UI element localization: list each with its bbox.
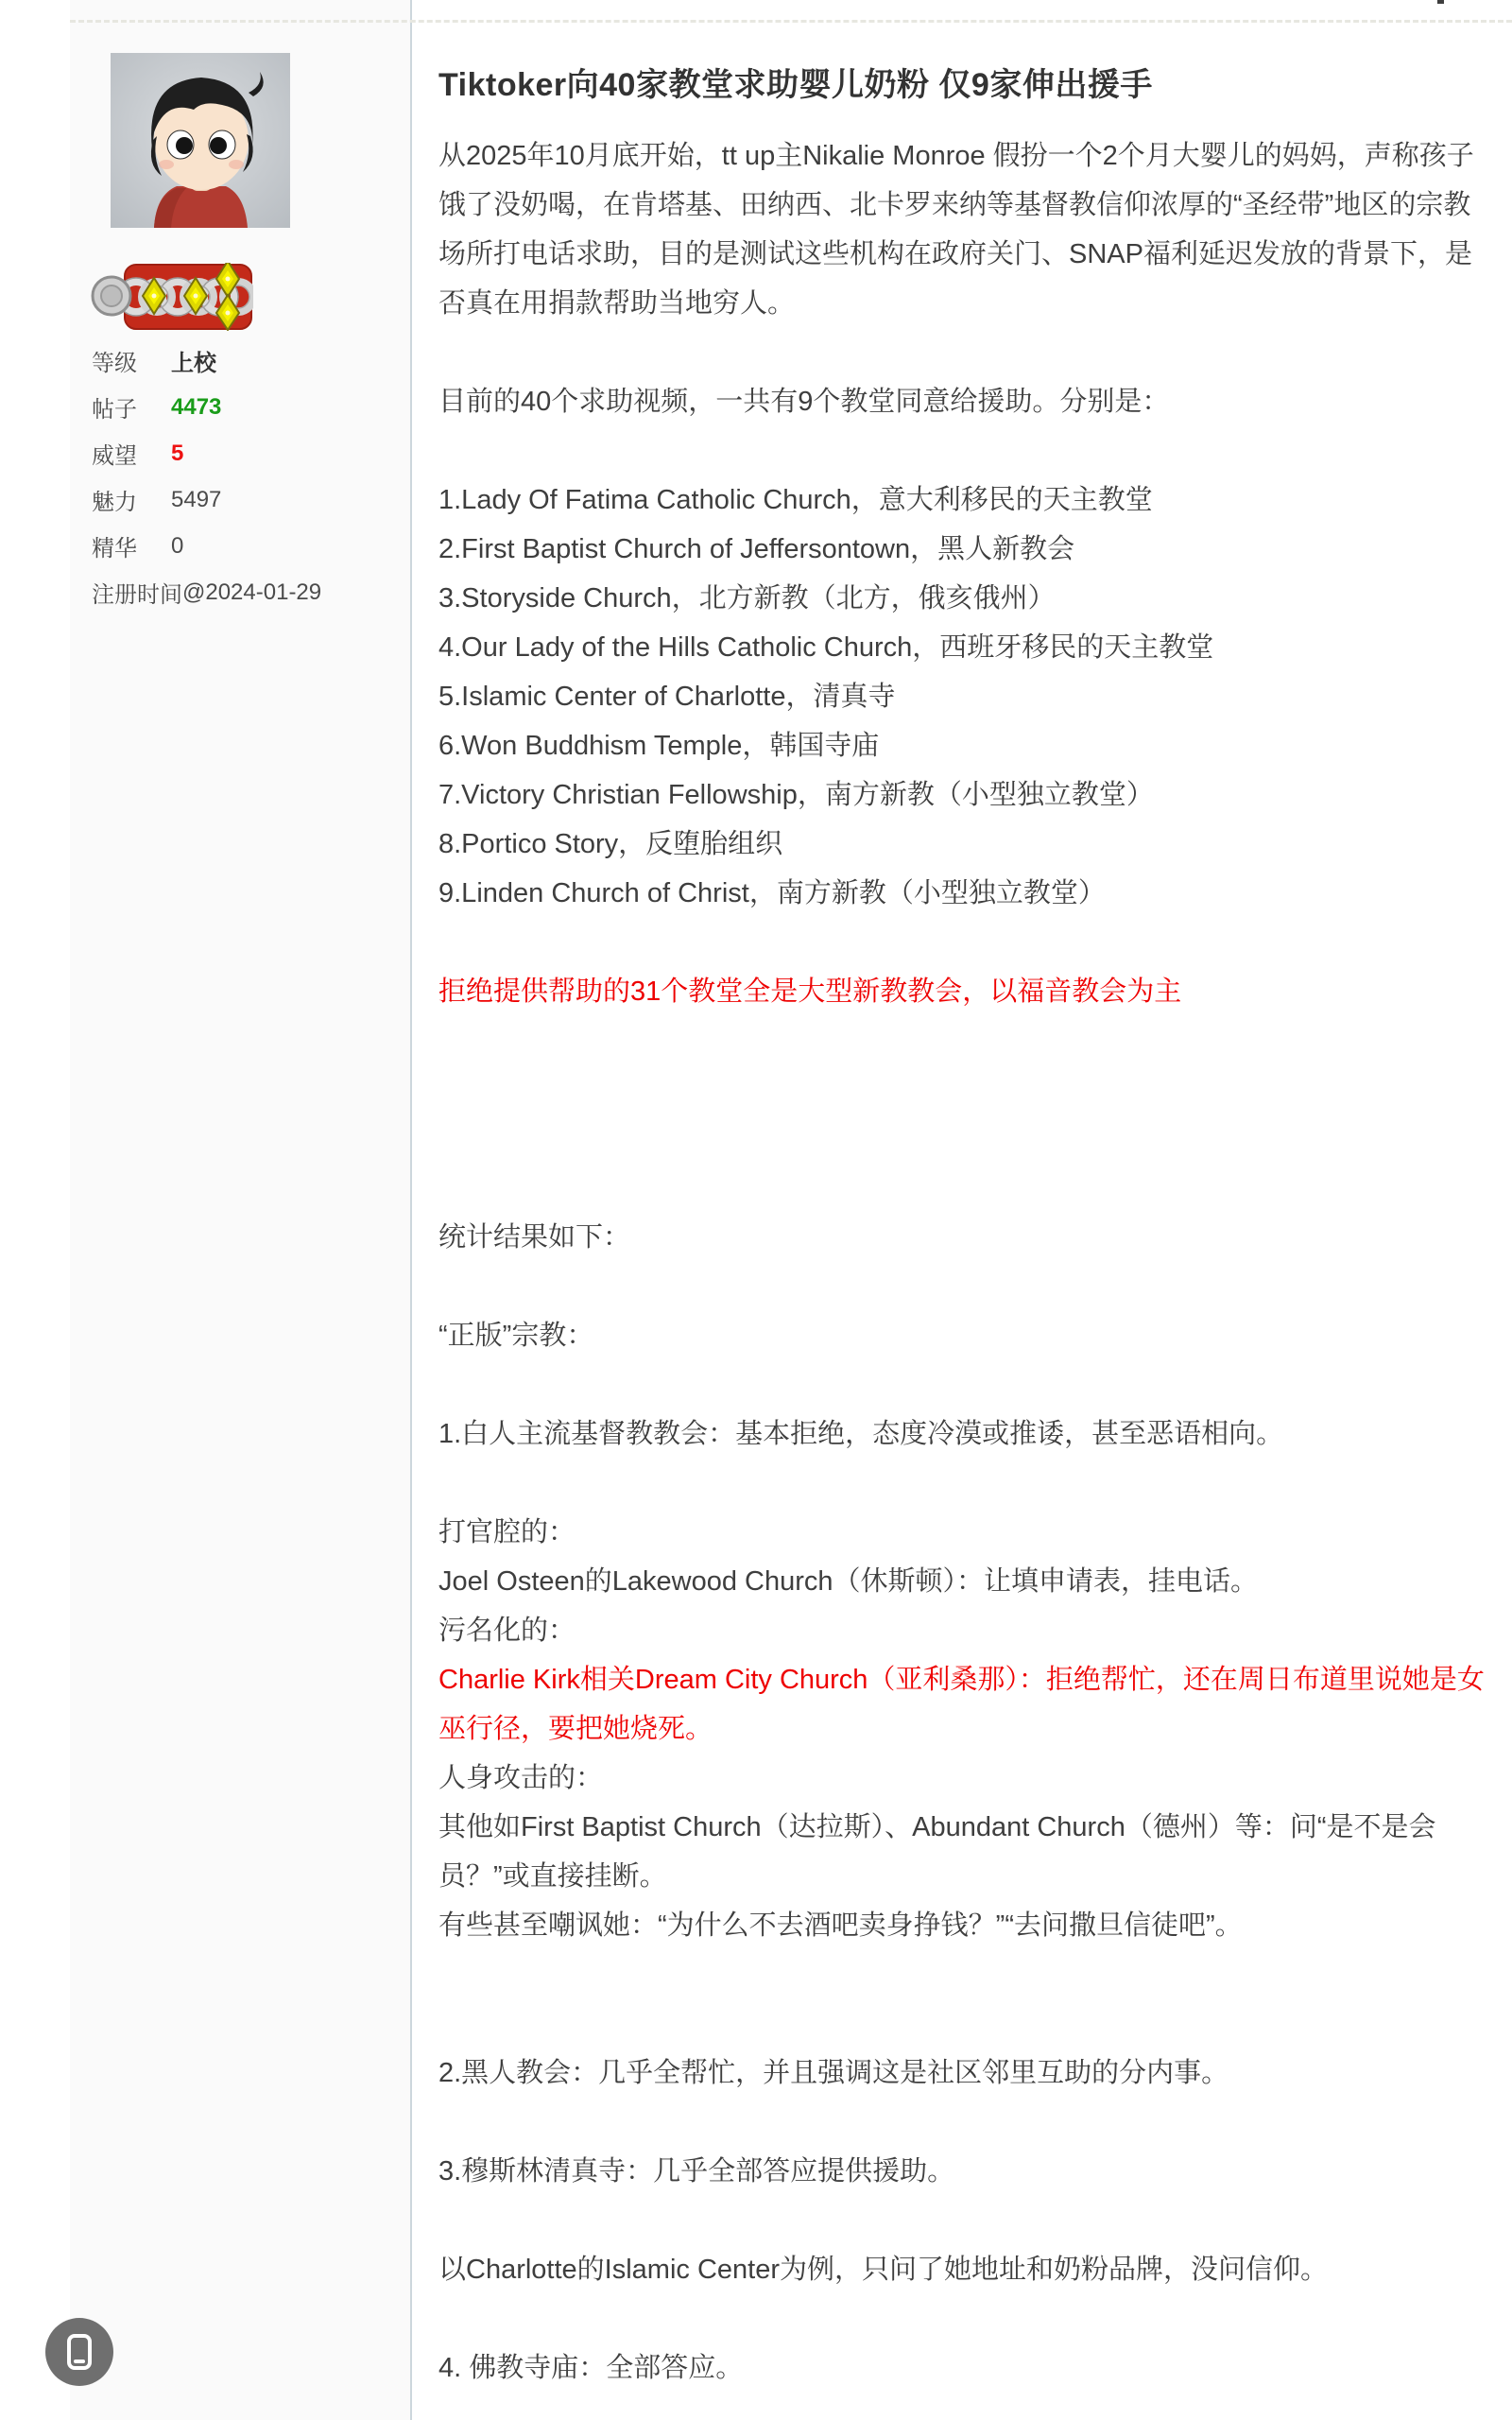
mobile-view-toggle-button[interactable]: [45, 2318, 113, 2386]
post-blank-line: [438, 1459, 1493, 1508]
stat-row: 帖子4473: [92, 384, 407, 430]
stat-value: @2024-01-29: [182, 579, 321, 606]
post-line: Joel Osteen的Lakewood Church（休斯顿）：让填申请表，挂…: [438, 1557, 1493, 1606]
post-blank-line: [438, 328, 1493, 377]
stat-label: 注册时间: [92, 576, 182, 609]
post-line-red: Charlie Kirk相关Dream City Church（亚利桑那）：拒绝…: [438, 1655, 1493, 1704]
stat-row: 等级上校: [92, 337, 407, 384]
post-line: 2.黑人教会：几乎全帮忙，并且强调这是社区邻里互助的分内事。: [438, 2048, 1493, 2098]
post-line: 5.Islamic Center of Charlotte，清真寺: [438, 672, 1493, 721]
post-line: 打官腔的：: [438, 1508, 1493, 1557]
post-line: 以Charlotte的Islamic Center为例，只问了她地址和奶粉品牌，…: [438, 2245, 1493, 2294]
stat-value: 5497: [171, 487, 221, 513]
stat-value: 0: [171, 533, 183, 560]
post-line-red: 拒绝提供帮助的31个教堂全是大型新教教会，以福音教会为主: [438, 967, 1493, 1016]
post-blank-line: [438, 1115, 1493, 1164]
post-line: 其他如First Baptist Church（达拉斯）、Abundant Ch…: [438, 1803, 1493, 1852]
stat-value: 上校: [171, 344, 216, 377]
post-blank-line: [438, 426, 1493, 475]
stat-value: 5: [171, 441, 183, 467]
post-blank-line: [438, 1016, 1493, 1065]
post-line: 否真在用捐款帮助当地穷人。: [438, 279, 1493, 328]
post-blank-line: [438, 918, 1493, 967]
post-line: 人身攻击的：: [438, 1754, 1493, 1803]
post-line: 统计结果如下：: [438, 1213, 1493, 1262]
post-blank-line: [438, 1164, 1493, 1213]
post-line: 3.穆斯林清真寺：几乎全部答应提供援助。: [438, 2147, 1493, 2196]
post-line: 7.Victory Christian Fellowship，南方新教（小型独立…: [438, 770, 1493, 820]
post-line: 4.Our Lady of the Hills Catholic Church，…: [438, 623, 1493, 672]
post-line: 场所打电话求助，目的是测试这些机构在政府关门、SNAP福利延迟发放的背景下，是: [438, 230, 1493, 279]
post-line: 8.Portico Story，反堕胎组织: [438, 820, 1493, 869]
stat-label: 威望: [92, 437, 171, 470]
post-line: 饿了没奶喝，在肯塔基、田纳西、北卡罗来纳等基督教信仰浓厚的“圣经带”地区的宗教: [438, 181, 1493, 230]
post-blank-line: [438, 1262, 1493, 1311]
post-title: Tiktoker向40家教堂求助婴儿奶粉 仅9家伸出援手: [438, 59, 1153, 105]
rank-badge: [91, 263, 253, 331]
post-content-column: Tiktoker向40家教堂求助婴儿奶粉 仅9家伸出援手 从2025年10月底开…: [438, 0, 1493, 2420]
post-blank-line: [438, 1360, 1493, 1409]
stat-row: 注册时间@2024-01-29: [92, 569, 407, 615]
column-separator: [410, 0, 412, 2420]
post-blank-line: [438, 2196, 1493, 2245]
post-line: “正版”宗教：: [438, 1311, 1493, 1360]
colonel-rank-insignia-icon: [91, 263, 253, 331]
post-blank-line: [438, 2294, 1493, 2343]
post-line: 污名化的：: [438, 1606, 1493, 1655]
stat-row: 魅力5497: [92, 476, 407, 523]
post-line-red: 巫行径，要把她烧死。: [438, 1704, 1493, 1754]
post-blank-line: [438, 1999, 1493, 2048]
post-body: 从2025年10月底开始，tt up主Nikalie Monroe 假扮一个2个…: [438, 131, 1493, 2393]
post-line: 有些甚至嘲讽她：“为什么不去酒吧卖身挣钱？”“去问撒旦信徒吧”。: [438, 1901, 1493, 1950]
stat-row: 威望5: [92, 430, 407, 476]
child-avatar-icon: [111, 53, 290, 228]
stat-label: 精华: [92, 529, 171, 562]
user-stats: 等级上校帖子4473威望5魅力5497精华0注册时间@2024-01-29: [92, 337, 407, 615]
smartphone-icon: [56, 2328, 103, 2376]
stat-label: 等级: [92, 344, 171, 377]
post-line: 1.Lady Of Fatima Catholic Church，意大利移民的天…: [438, 475, 1493, 525]
post-line: 9.Linden Church of Christ，南方新教（小型独立教堂）: [438, 869, 1493, 918]
stat-value: 4473: [171, 394, 221, 421]
post-line: 4. 佛教寺庙：全部答应。: [438, 2343, 1493, 2393]
post-blank-line: [438, 1065, 1493, 1115]
post-line: 6.Won Buddhism Temple，韩国寺庙: [438, 721, 1493, 770]
post-blank-line: [438, 2098, 1493, 2147]
user-avatar[interactable]: [111, 53, 290, 228]
post-line: 员？”或直接挂断。: [438, 1852, 1493, 1901]
post-line: 1.白人主流基督教教会：基本拒绝，态度冷漠或推诿，甚至恶语相向。: [438, 1409, 1493, 1459]
post-line: 从2025年10月底开始，tt up主Nikalie Monroe 假扮一个2个…: [438, 131, 1493, 181]
post-line: 2.First Baptist Church of Jeffersontown，…: [438, 525, 1493, 574]
stat-row: 精华0: [92, 523, 407, 569]
post-blank-line: [438, 1950, 1493, 1999]
stat-label: 帖子: [92, 390, 171, 423]
stat-label: 魅力: [92, 483, 171, 516]
post-line: 3.Storyside Church，北方新教（北方，俄亥俄州）: [438, 574, 1493, 623]
post-line: 目前的40个求助视频，一共有9个教堂同意给援助。分别是：: [438, 377, 1493, 426]
